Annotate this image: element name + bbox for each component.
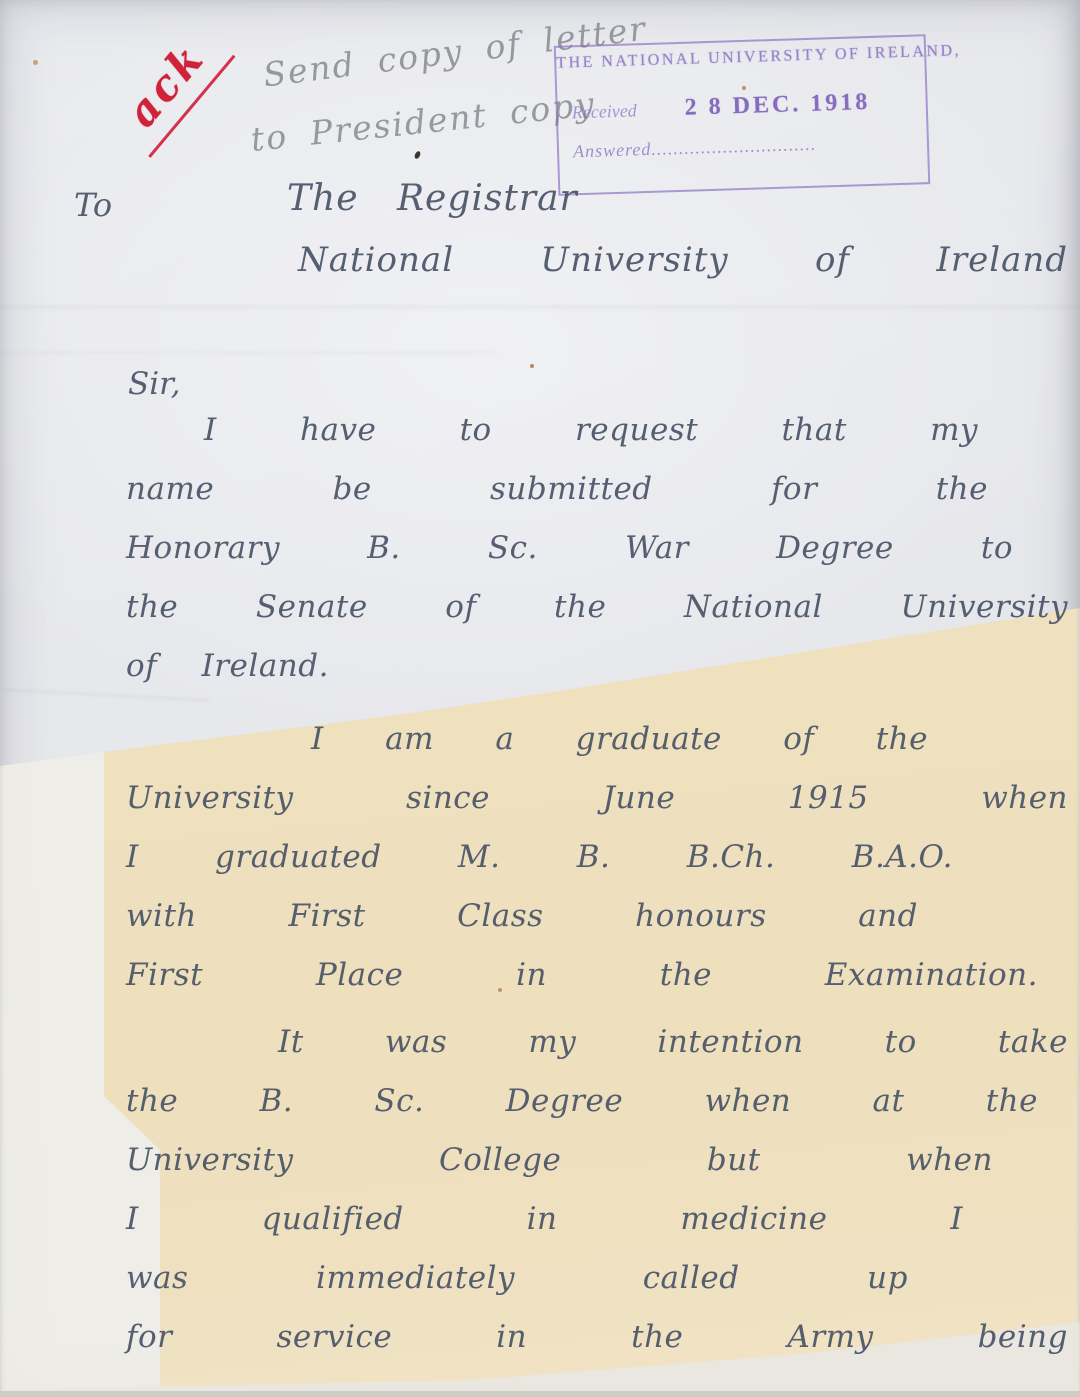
paper-crease	[0, 306, 1080, 308]
letter-line: the B. Sc. Degree when at the	[126, 1083, 1068, 1142]
addressee-line: To The Registrar	[0, 178, 1080, 228]
letter-line: Honorary B. Sc. War Degree to	[126, 530, 1068, 589]
letter-line: of Ireland.	[126, 648, 1068, 707]
letter-line: University College but when	[126, 1142, 1068, 1201]
pencil-note-line2: to President copy	[249, 84, 598, 159]
paper-speck	[33, 60, 38, 65]
letter-line: First Place in the Examination.	[126, 957, 1068, 1016]
addressee-name: The Registrar	[287, 178, 578, 219]
letter-line: with First Class honours and	[126, 898, 1068, 957]
addressee-prefix: To	[74, 186, 112, 224]
paper-crease	[0, 352, 497, 354]
letter-line: was immediately called up	[126, 1260, 1068, 1319]
received-stamp: THE NATIONAL UNIVERSITY OF IRELAND, Rece…	[554, 34, 931, 196]
stamp-answered-label: Answered..............................	[559, 130, 927, 163]
letter-line: I am a graduate of the	[126, 721, 1068, 780]
letter-line: I qualified in medicine I	[126, 1201, 1068, 1260]
letter-line: for service in the Army being	[126, 1319, 1068, 1378]
page-bottom-edge	[0, 1391, 1080, 1397]
letter-line: name be submitted for the	[126, 471, 1068, 530]
stamp-received-label: Received	[572, 100, 638, 123]
letter-line: the Senate of the National University	[126, 589, 1068, 648]
letter-scan-page: ack Send copy of letter to President cop…	[0, 0, 1080, 1397]
letter-line: I have to request that my	[126, 412, 1068, 471]
ink-speck	[414, 150, 422, 159]
letter-line: It was my intention to take	[126, 1024, 1068, 1083]
letter-line: I graduated M. B. B.Ch. B.A.O.	[126, 839, 1068, 898]
red-ack-annotation: ack	[105, 18, 236, 158]
paper-speck	[530, 364, 534, 368]
letter-body: I have to request that my name be submit…	[126, 412, 1068, 1378]
letter-line: University since June 1915 when	[126, 780, 1068, 839]
stamp-organisation: THE NATIONAL UNIVERSITY OF IRELAND,	[556, 43, 924, 73]
addressee-organisation: National University of Ireland	[298, 240, 1068, 280]
salutation: Sir,	[128, 366, 180, 402]
stamp-date: 2 8 DEC. 1918	[684, 89, 870, 122]
